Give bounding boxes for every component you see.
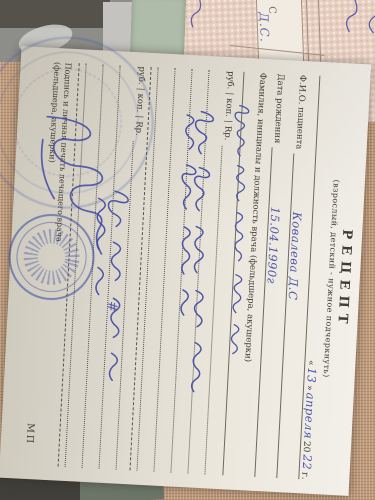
date-close-quote: »: [304, 385, 314, 391]
patient-name-handwritten: Ковалева Д.С: [286, 212, 305, 301]
background-handwriting: Д.С.: [257, 12, 272, 43]
date-open-quote: «: [305, 360, 315, 366]
date-year-print: 20: [301, 441, 312, 453]
birth-date-label: Дата рождения: [272, 73, 286, 143]
background-ink-squiggle: [338, 0, 375, 36]
column-bar: |: [223, 120, 233, 123]
date-month-handwritten: апреля: [301, 392, 317, 439]
date-year-suffix: г.: [299, 472, 309, 480]
date-year-handwritten: 22: [300, 454, 315, 470]
kop-label: коп.: [223, 98, 234, 117]
patient-name-label: Ф.И.О. пациента: [294, 75, 308, 150]
column-bar: |: [224, 92, 234, 95]
rp-label: Rp.: [222, 126, 233, 141]
rp-2-hash-mark: #: [104, 301, 120, 313]
date-day-handwritten: 13: [304, 367, 319, 383]
rub-label: руб.: [225, 71, 236, 90]
prescription-form: РЕЦЕПТ (взрослый, детский - нужное подче…: [0, 46, 371, 496]
mp-label: МП: [24, 423, 36, 446]
birth-date-handwritten: 15.04.1990г: [264, 206, 282, 284]
